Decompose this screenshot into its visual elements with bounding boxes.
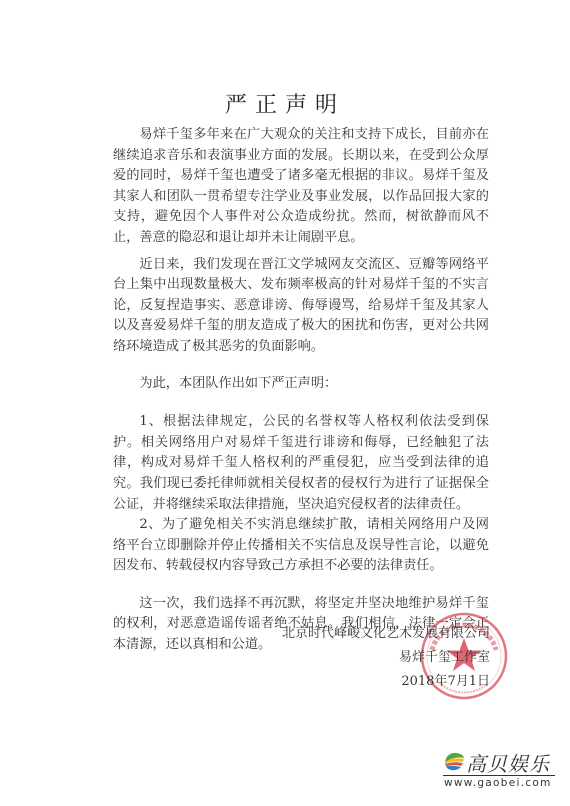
watermark-logo: 高贝娱乐 www.gaobei.com [441, 748, 561, 798]
paragraph-recent-events: 近日来，我们发现在晋江文学城网友交流区、豆瓣等网络平台上集中出现数量极大、发布频… [113, 255, 489, 358]
page-title: 严正声明 [0, 88, 570, 119]
brand-logo-icon [443, 750, 465, 772]
signature-studio: 易烊千玺工作室 [282, 646, 490, 670]
statement-page: 严正声明 易烊千玺多年来在广大观众的关注和支持下成长，目前亦在继续追求音乐和表演… [0, 0, 570, 806]
statement-body: 易烊千玺多年来在广大观众的关注和支持下成长，目前亦在继续追求音乐和表演事业方面的… [113, 125, 489, 656]
paragraph-declaration-intro: 为此，本团队作出如下严正声明： [113, 374, 489, 395]
watermark-brand: 高贝娱乐 [466, 748, 550, 777]
paragraph-point-2: 2、为了避免相关不实消息继续扩散，请相关网络用户及网络平台立即删除并停止传播相关… [113, 515, 489, 577]
watermark-url: www.gaobei.com [444, 777, 552, 789]
signature-date: 2018年7月1日 [282, 670, 490, 694]
signature-block: 北京时代峰峻文化艺术发展有限公司 易烊千玺工作室 2018年7月1日 [282, 622, 490, 694]
paragraph-background: 易烊千玺多年来在广大观众的关注和支持下成长，目前亦在继续追求音乐和表演事业方面的… [113, 125, 489, 249]
paragraph-point-1: 1、根据法律规定，公民的名誉权等人格权利依法受到保护。相关网络用户对易烊千玺进行… [113, 412, 489, 515]
signature-company: 北京时代峰峻文化艺术发展有限公司 [282, 622, 490, 646]
watermark-divider [443, 775, 555, 776]
